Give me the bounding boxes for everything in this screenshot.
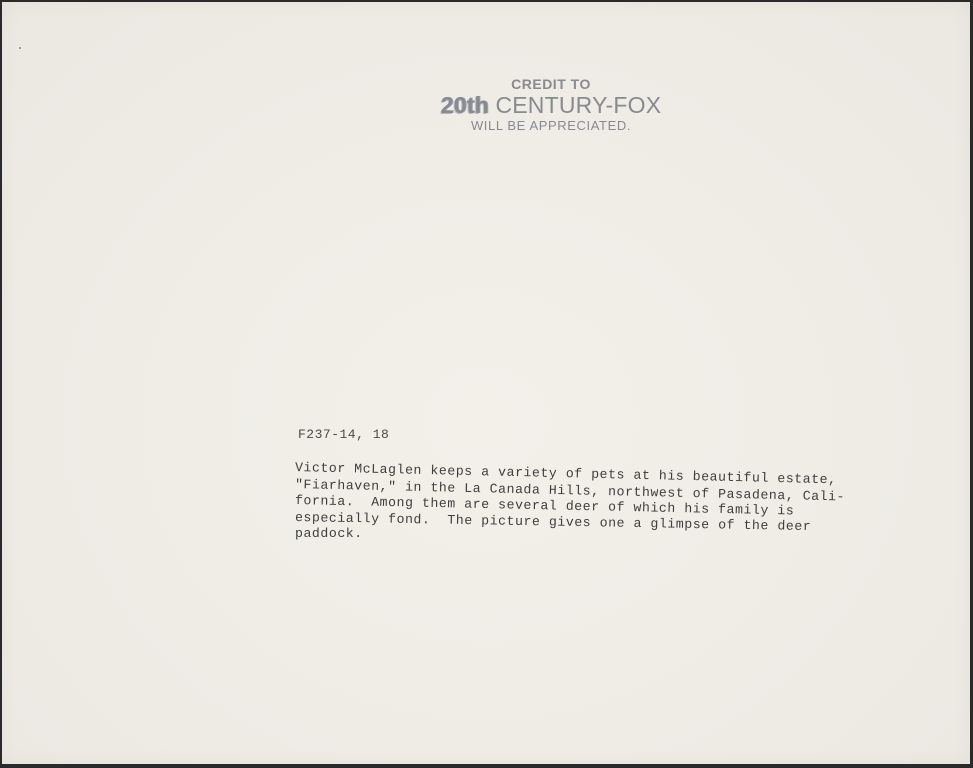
reference-number: F237-14, 18 <box>298 427 389 442</box>
stamp-line-2: 20th CENTURY-FOX <box>422 92 680 118</box>
caption-text: Victor McLaglen keeps a variety of pets … <box>295 460 935 543</box>
stamp-century-fox: CENTURY-FOX <box>489 92 661 118</box>
credit-stamp: CREDIT TO 20th CENTURY-FOX WILL BE APPRE… <box>422 76 680 133</box>
stamp-20th: 20th <box>441 92 489 118</box>
photo-back-paper: CREDIT TO 20th CENTURY-FOX WILL BE APPRE… <box>2 2 970 764</box>
paper-speck <box>19 47 21 49</box>
stamp-line-3: WILL BE APPRECIATED. <box>422 118 680 133</box>
stamp-line-1: CREDIT TO <box>422 76 680 92</box>
